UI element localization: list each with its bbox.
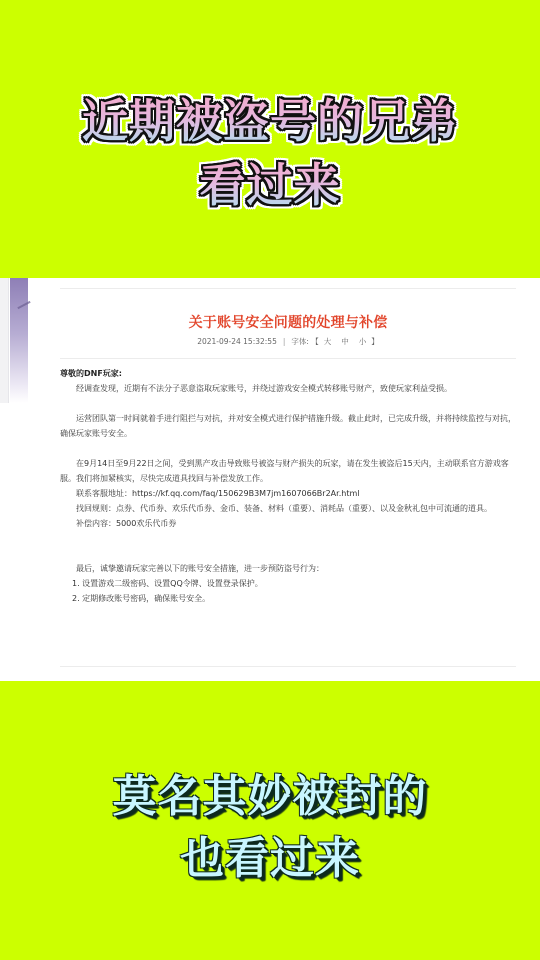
font-size-small-link[interactable]: 小 xyxy=(359,337,367,346)
divider-top xyxy=(60,288,516,289)
announcement-article: 关于账号安全问题的处理与补偿 2021-09-24 15:32:55|字体: 【… xyxy=(60,278,516,681)
font-size-medium-link[interactable]: 中 xyxy=(341,337,349,346)
support-contact-link[interactable]: 联系客服地址：https://kf.qq.com/faq/150629B3M7j… xyxy=(60,486,516,501)
top-caption-line-2: 看过来 xyxy=(200,153,341,217)
article-title: 关于账号安全问题的处理与补偿 xyxy=(60,312,516,332)
font-size-label: 字体: xyxy=(291,337,309,346)
top-caption: 近期被盗号的兄弟 看过来 xyxy=(0,0,540,278)
paragraph-2: 运营团队第一时间就着手进行阻拦与对抗，并对安全模式进行保护措施升级。截止此时，已… xyxy=(60,411,516,441)
divider-middle xyxy=(60,358,516,359)
greeting: 尊敬的DNF玩家: xyxy=(60,366,516,381)
paragraph-1: 经调查发现，近期有不法分子恶意盗取玩家账号，并绕过游戏安全模式转移账号财产，致使… xyxy=(60,381,516,396)
announcement-screenshot: 关于账号安全问题的处理与补偿 2021-09-24 15:32:55|字体: 【… xyxy=(0,278,540,681)
bracket-open: 【 xyxy=(311,337,319,346)
page-left-edge xyxy=(0,278,9,403)
bottom-caption-line-1: 莫名其妙被封的 xyxy=(113,766,428,828)
closing-paragraph: 最后，诚挚邀请玩家完善以下的账号安全措施，进一步预防盗号行为： xyxy=(60,561,516,576)
publish-date: 2021-09-24 15:32:55 xyxy=(197,337,277,346)
font-size-large-link[interactable]: 大 xyxy=(324,337,332,346)
top-caption-line-1: 近期被盗号的兄弟 xyxy=(82,89,458,153)
side-banner-decoration xyxy=(10,278,28,403)
security-tip-1: 1. 设置游戏二级密码、设置QQ令牌、设置登录保护。 xyxy=(60,576,516,591)
compensation-content: 补偿内容：5000欢乐代币券 xyxy=(60,516,516,531)
meta-separator: | xyxy=(283,337,286,346)
security-tip-2: 2. 定期修改账号密码，确保账号安全。 xyxy=(60,591,516,606)
divider-bottom xyxy=(60,666,516,667)
article-body: 尊敬的DNF玩家: 经调查发现，近期有不法分子恶意盗取玩家账号，并绕过游戏安全模… xyxy=(60,366,516,606)
bottom-caption: 莫名其妙被封的 也看过来 xyxy=(0,681,540,960)
bottom-caption-line-2: 也看过来 xyxy=(180,828,360,890)
article-meta: 2021-09-24 15:32:55|字体: 【大中小】 xyxy=(60,336,516,347)
bracket-close: 】 xyxy=(371,337,379,346)
video-frame: 近期被盗号的兄弟 看过来 关于账号安全问题的处理与补偿 2021-09-24 1… xyxy=(0,0,540,960)
recovery-rules: 找回规则：点券、代币券、欢乐代币券、金币、装备、材料（重要）、消耗品（重要）、以… xyxy=(60,501,516,516)
paragraph-3: 在9月14日至9月22日之间，受到黑产攻击导致账号被盗与财产损失的玩家，请在发生… xyxy=(60,456,516,486)
